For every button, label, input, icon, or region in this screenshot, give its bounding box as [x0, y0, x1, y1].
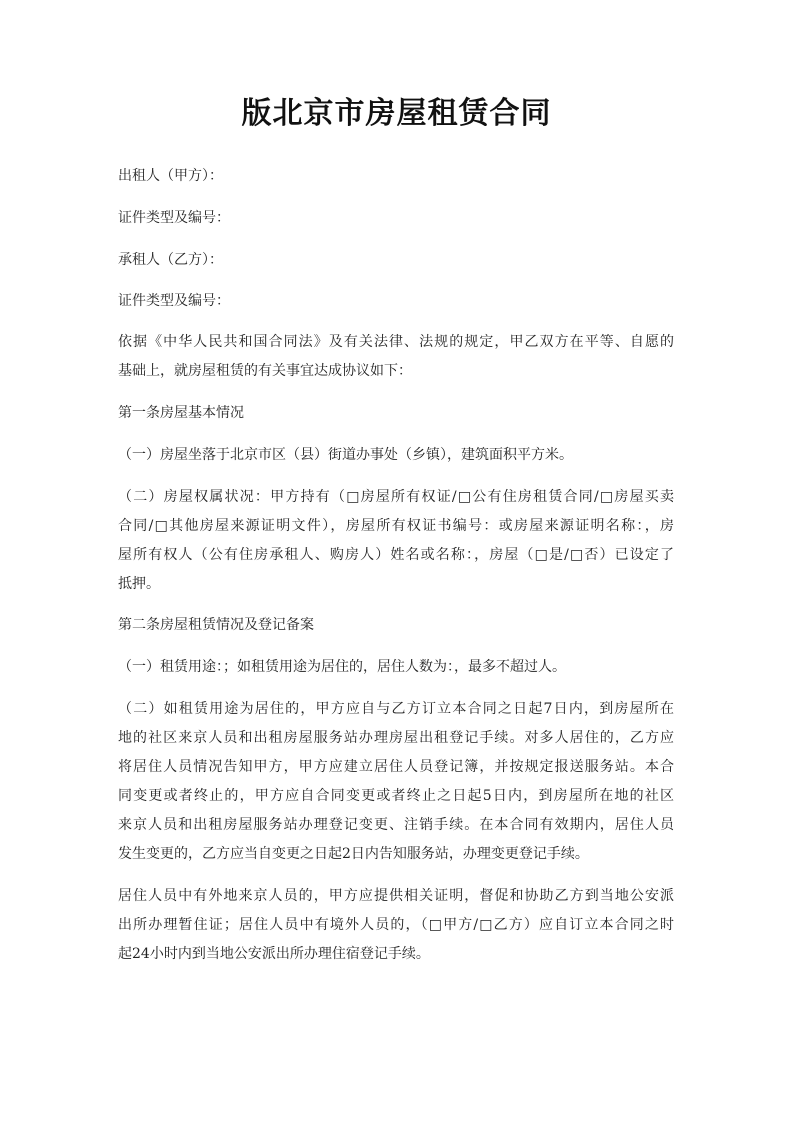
article1-item2-line: （二）房屋权属状况：甲方持有（□房屋所有权证/□公有住房租赁合同/□房屋买卖 — [118, 487, 674, 507]
article2-item1: （一）租赁用途：；如租赁用途为居住的，居住人数为：，最多不超过人。 — [118, 657, 566, 677]
article2-item2-line: 将居住人员情况告知甲方，甲方应建立居住人员登记簿，并按规定报送服务站。本合 — [118, 757, 674, 777]
article1-item1: （一）房屋坐落于北京市区（县）街道办事处（乡镇），建筑面积平方米。 — [118, 445, 573, 465]
preamble-line: 基础上，就房屋租赁的有关事宜达成协议如下： — [118, 361, 412, 381]
lessee-id-field: 证件类型及编号： — [118, 291, 230, 311]
article1-item2-line: 抵押。 — [118, 574, 160, 594]
preamble-line: 依据《中华人民共和国合同法》及有关法律、法规的规定，甲乙双方在平等、自愿的 — [118, 332, 674, 352]
article1-heading: 第一条房屋基本情况 — [118, 403, 244, 423]
article2-item3-line: 居住人员中有外地来京人员的，甲方应提供相关证明，督促和协助乙方到当地公安派 — [118, 886, 674, 906]
article2-item2-line: 来京人员和出租房屋服务站办理登记变更、注销手续。在本合同有效期内，居住人员 — [118, 815, 674, 835]
article2-item3-line: 出所办理暂住证；居住人员中有境外人员的，（□甲方/□乙方）应自订立本合同之时 — [118, 915, 674, 935]
article1-item2-line: 合同/□其他房屋来源证明文件），房屋所有权证书编号：或房屋来源证明名称：，房 — [118, 516, 674, 536]
lessee-field: 承租人（乙方）： — [118, 250, 223, 270]
document-title: 版北京市房屋租赁合同 — [0, 94, 793, 134]
article1-item2-line: 屋所有权人（公有住房承租人、购房人）姓名或名称：，房屋（□是/□否）已设定了 — [118, 545, 674, 565]
article2-item2-line: 同变更或者终止的，甲方应自合同变更或者终止之日起5日内，到房屋所在地的社区 — [118, 786, 674, 806]
document-page: 版北京市房屋租赁合同 出租人（甲方）： 证件类型及编号： 承租人（乙方）： 证件… — [0, 0, 793, 1122]
article2-item3-line: 起24小时内到当地公安派出所办理住宿登记手续。 — [118, 944, 430, 964]
lessor-field: 出租人（甲方）： — [118, 166, 223, 186]
lessor-id-field: 证件类型及编号： — [118, 208, 230, 228]
article2-item2-line: 发生变更的，乙方应当自变更之日起2日内告知服务站，办理变更登记手续。 — [118, 844, 589, 864]
article2-item2-line: （二）如租赁用途为居住的，甲方应自与乙方订立本合同之日起7日内，到房屋所在 — [118, 699, 674, 719]
article2-item2-line: 地的社区来京人员和出租房屋服务站办理房屋出租登记手续。对多人居住的，乙方应 — [118, 728, 674, 748]
article2-heading: 第二条房屋租赁情况及登记备案 — [118, 615, 314, 635]
